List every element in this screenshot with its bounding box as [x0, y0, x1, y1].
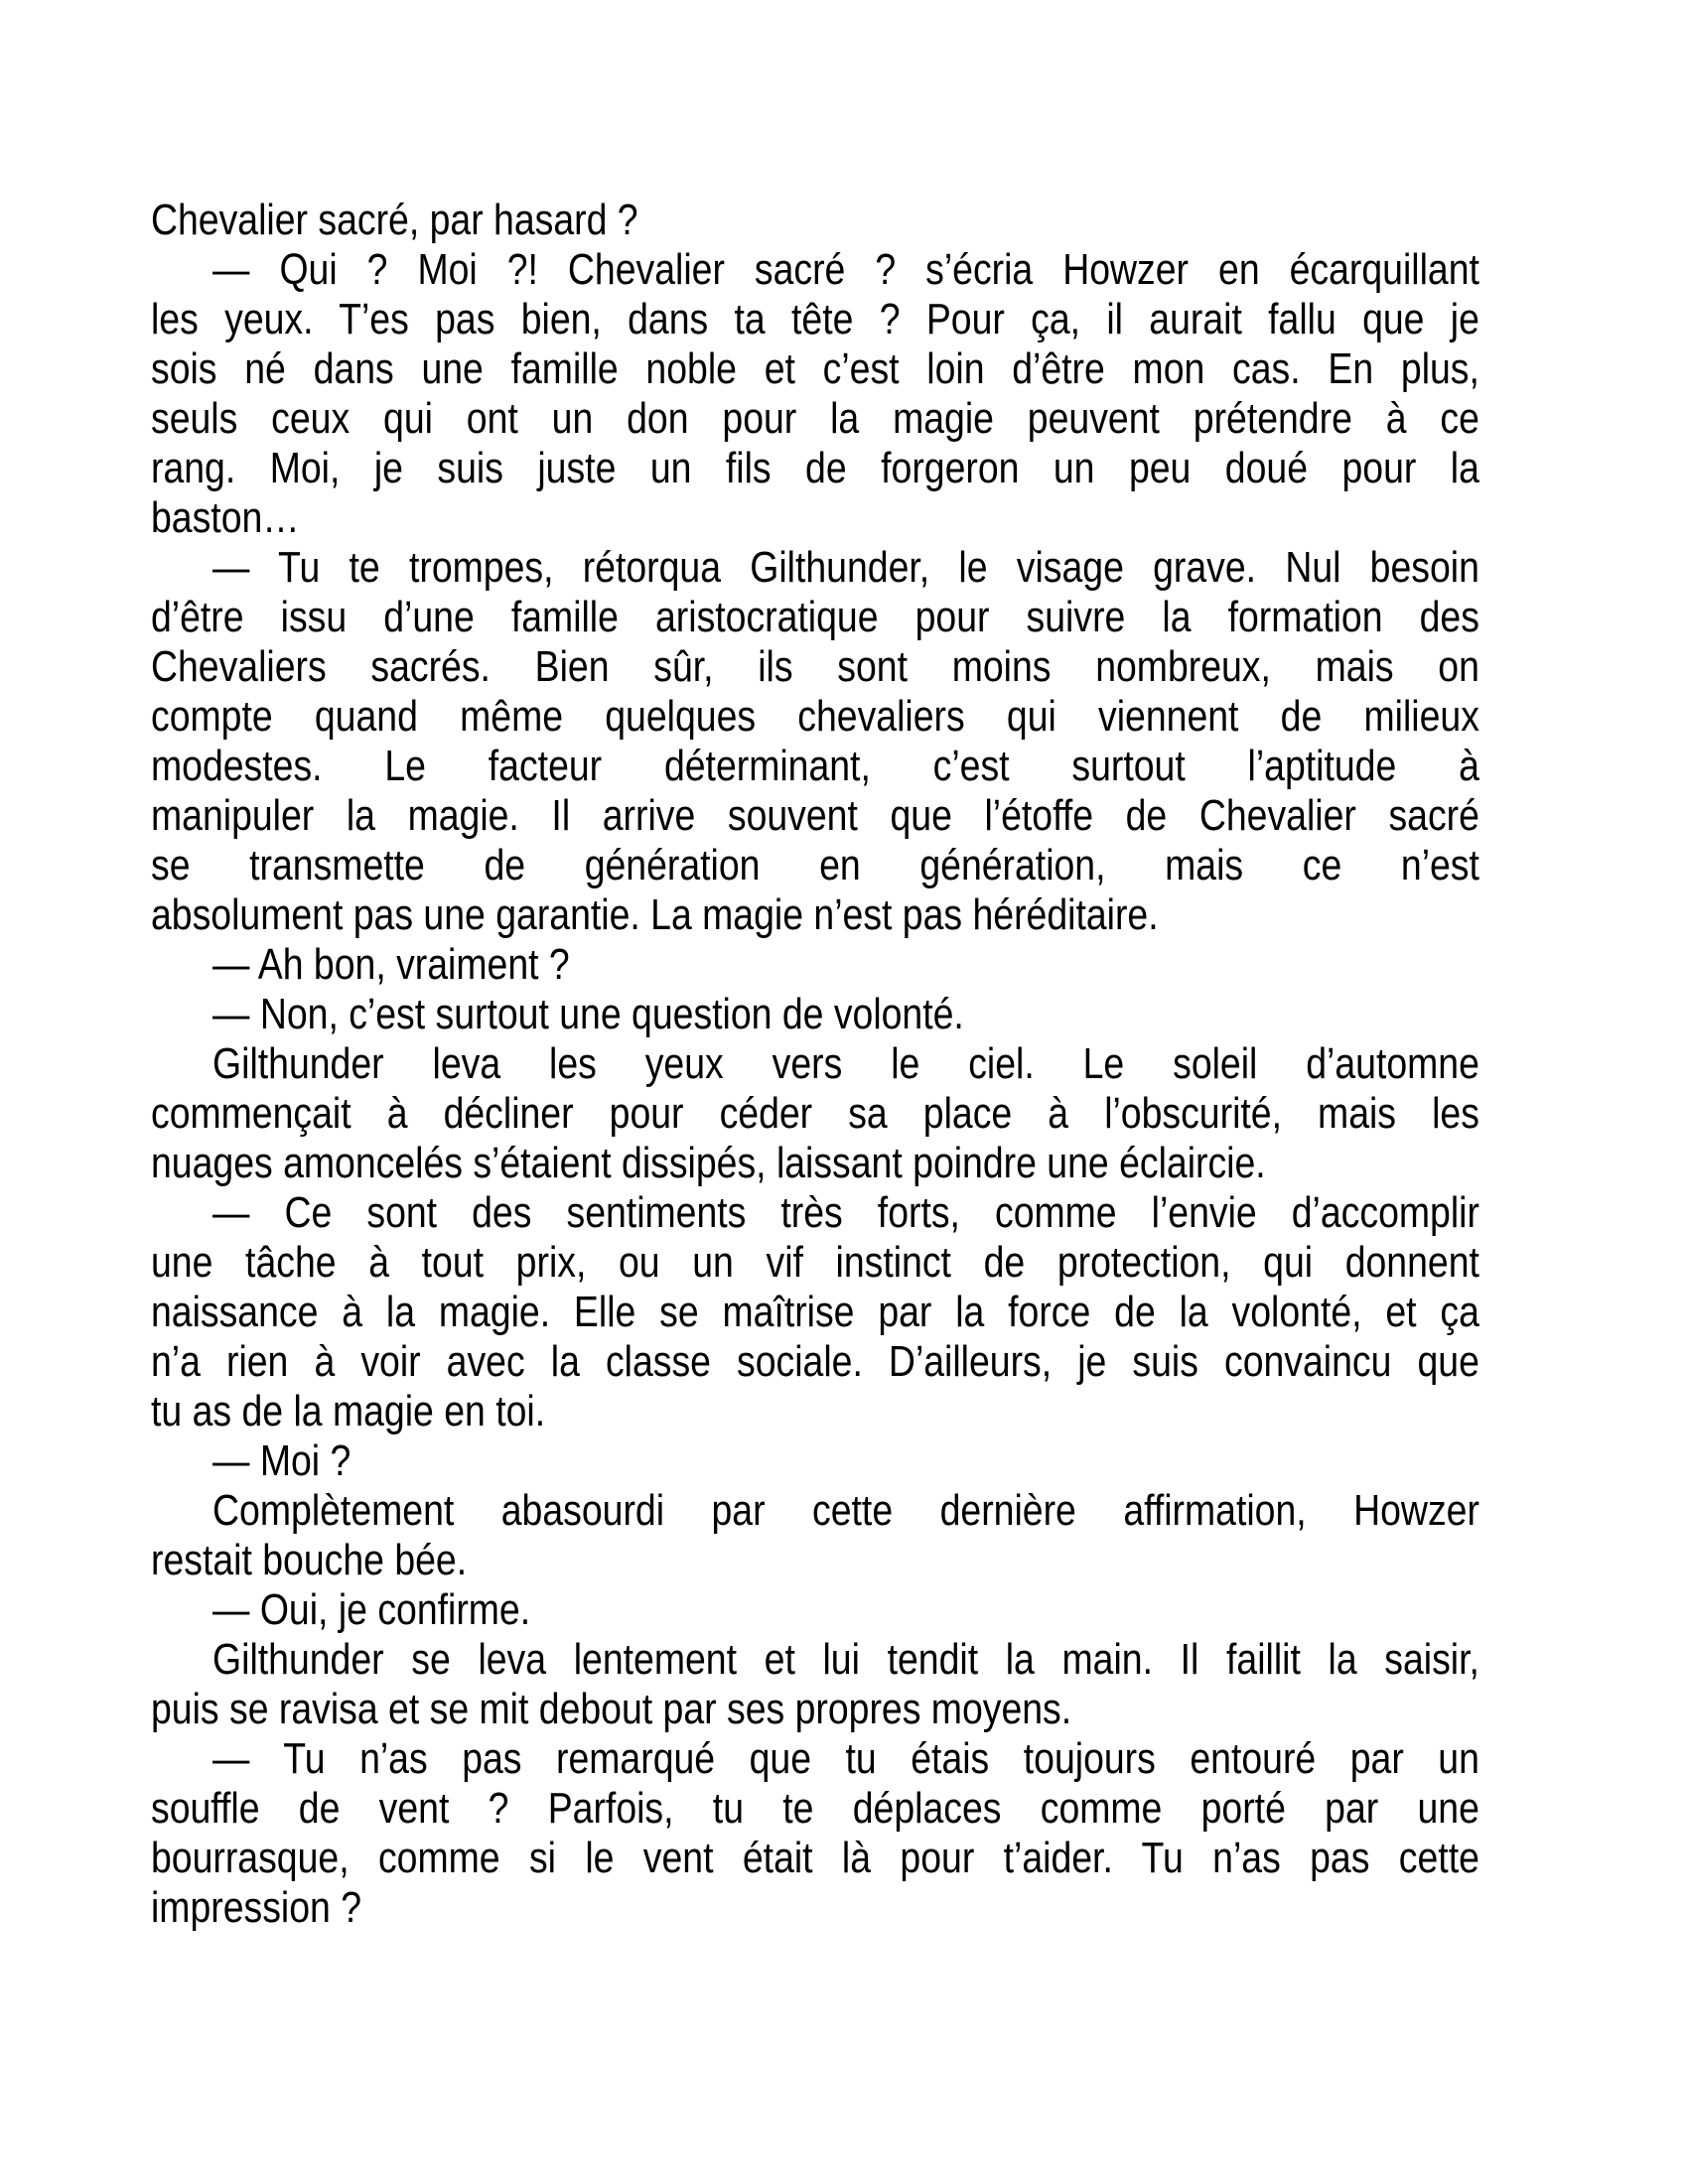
text-line: une tâche à tout prix, ou un vif instinc… [151, 1238, 1479, 1288]
text-line: naissance à la magie. Elle se maîtrise p… [151, 1288, 1479, 1337]
text-line: sois né dans une famille noble et c’est … [151, 344, 1479, 394]
paragraph: — Qui ? Moi ?! Chevalier sacré ? s’écria… [151, 245, 1479, 543]
text-line: restait bouche bée. [151, 1536, 1479, 1585]
text-line: baston… [151, 493, 1479, 543]
text-line: nuages amoncelés s’étaient dissipés, lai… [151, 1139, 1479, 1188]
text-line: Gilthunder leva les yeux vers le ciel. L… [151, 1039, 1479, 1089]
paragraph: Gilthunder se leva lentement et lui tend… [151, 1635, 1479, 1734]
text-line: les yeux. T’es pas bien, dans ta tête ? … [151, 295, 1479, 344]
paragraph: Complètement abasourdi par cette dernièr… [151, 1486, 1479, 1585]
text-line: — Non, c’est surtout une question de vol… [151, 990, 1479, 1039]
text-line: Gilthunder se leva lentement et lui tend… [151, 1635, 1479, 1685]
text-line: commençait à décliner pour céder sa plac… [151, 1089, 1479, 1139]
paragraph: — Tu n’as pas remarqué que tu étais touj… [151, 1734, 1479, 1933]
text-line: absolument pas une garantie. La magie n’… [151, 890, 1479, 940]
text-line: n’a rien à voir avec la classe sociale. … [151, 1337, 1479, 1387]
text-line: d’être issu d’une famille aristocratique… [151, 593, 1479, 642]
book-page: Chevalier sacré, par hasard ?— Qui ? Moi… [0, 0, 1688, 2184]
text-line: — Moi ? [151, 1436, 1479, 1486]
text-line: — Tu n’as pas remarqué que tu étais touj… [151, 1734, 1479, 1784]
paragraph: Gilthunder leva les yeux vers le ciel. L… [151, 1039, 1479, 1188]
text-line: se transmette de génération en génératio… [151, 841, 1479, 890]
text-line: — Oui, je confirme. [151, 1585, 1479, 1635]
text-line: modestes. Le facteur déterminant, c’est … [151, 742, 1479, 791]
text-line: compte quand même quelques chevaliers qu… [151, 692, 1479, 742]
text-line: impression ? [151, 1883, 1479, 1933]
text-line: Chevaliers sacrés. Bien sûr, ils sont mo… [151, 642, 1479, 692]
text-line: seuls ceux qui ont un don pour la magie … [151, 394, 1479, 444]
page-text: Chevalier sacré, par hasard ?— Qui ? Moi… [151, 196, 1479, 1933]
text-line: — Tu te trompes, rétorqua Gilthunder, le… [151, 543, 1479, 593]
text-line: tu as de la magie en toi. [151, 1387, 1479, 1436]
text-line: Chevalier sacré, par hasard ? [151, 196, 1479, 245]
text-line: — Qui ? Moi ?! Chevalier sacré ? s’écria… [151, 245, 1479, 295]
text-line: souffle de vent ? Parfois, tu te déplace… [151, 1784, 1479, 1834]
paragraph: — Non, c’est surtout une question de vol… [151, 990, 1479, 1039]
paragraph: — Ah bon, vraiment ? [151, 940, 1479, 990]
text-line: — Ah bon, vraiment ? [151, 940, 1479, 990]
text-line: — Ce sont des sentiments très forts, com… [151, 1188, 1479, 1238]
text-line: rang. Moi, je suis juste un fils de forg… [151, 444, 1479, 493]
text-line: Complètement abasourdi par cette dernièr… [151, 1486, 1479, 1536]
paragraph: — Oui, je confirme. [151, 1585, 1479, 1635]
paragraph: — Tu te trompes, rétorqua Gilthunder, le… [151, 543, 1479, 940]
paragraph: — Ce sont des sentiments très forts, com… [151, 1188, 1479, 1436]
paragraph: — Moi ? [151, 1436, 1479, 1486]
text-line: puis se ravisa et se mit debout par ses … [151, 1685, 1479, 1734]
text-line: manipuler la magie. Il arrive souvent qu… [151, 791, 1479, 841]
text-line: bourrasque, comme si le vent était là po… [151, 1834, 1479, 1883]
paragraph: Chevalier sacré, par hasard ? [151, 196, 1479, 245]
